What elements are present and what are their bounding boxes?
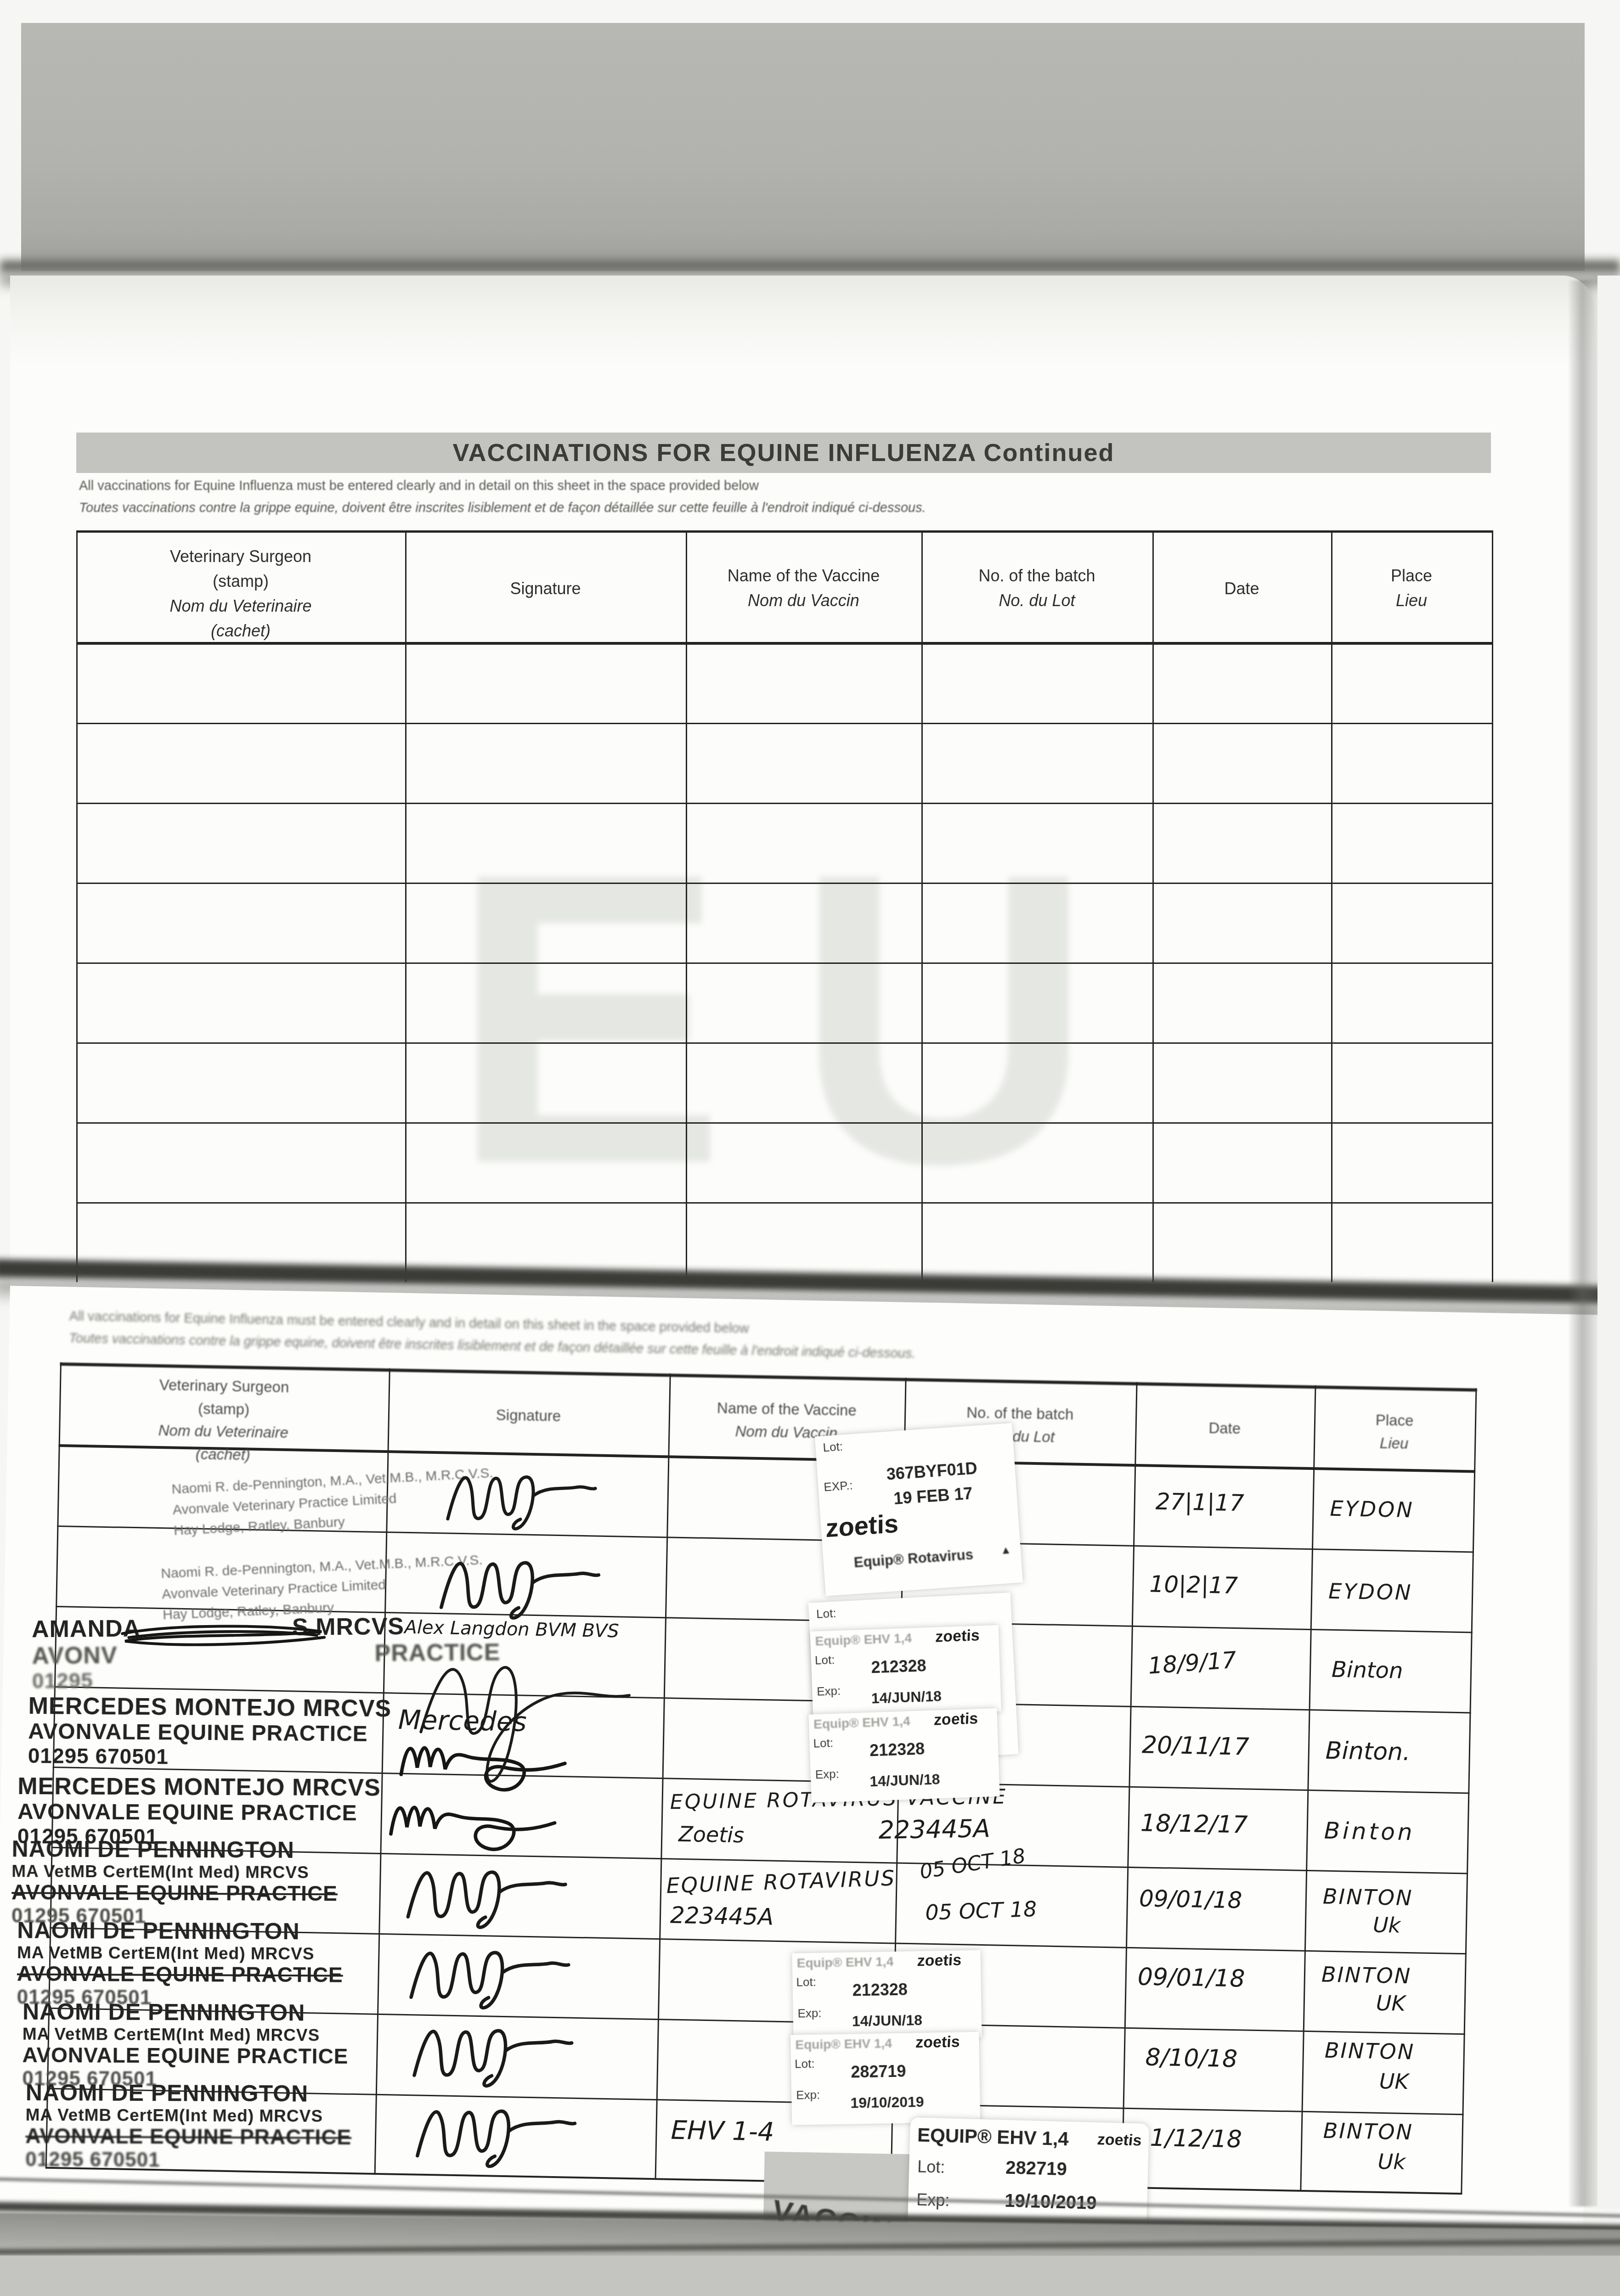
vaccination-table-empty: Veterinary Surgeon(stamp) Nom du Veterin… (76, 530, 1493, 1282)
signature-name: Alex Langdon BVM BVS (404, 1617, 619, 1642)
signature-scrawl (402, 1938, 578, 2015)
note-french: Toutes vaccinations contre la grippe equ… (79, 501, 926, 516)
vaccine-entry-brand: Zoetis (678, 1822, 745, 1848)
header-date: Date (1135, 1415, 1314, 1441)
header-vaccine: Name of the VaccineNom du Vaccin (686, 563, 921, 613)
vet-stamp: NAOMI DE PENNINGTON MA VetMB CertEM(Int … (25, 2080, 352, 2172)
header-vet-surgeon: Veterinary Surgeon(stamp) Nom du Veterin… (58, 1372, 389, 1469)
date-entry: 21/12/18 (1135, 2124, 1242, 2153)
vaccination-table-filled: Veterinary Surgeon(stamp) Nom du Veterin… (45, 1362, 1477, 2194)
date-entry: 09/01/18 (1137, 1963, 1245, 1992)
batch-entry: 223445A (878, 1814, 990, 1845)
place-entry-line2: UK (1376, 1991, 1406, 2016)
vaccine-batch-entry: 223445A (670, 1902, 774, 1930)
header-batch: No. of the batchNo. du Lot (921, 563, 1152, 613)
place-entry: Binton (1324, 1818, 1415, 1846)
header-place: PlaceLieu (1314, 1407, 1475, 1456)
vaccine-entry: EHV 1-4 (671, 2116, 774, 2147)
header-signature: Signature (405, 576, 686, 601)
place-entry: BINTON (1323, 2118, 1413, 2145)
vaccine-sticker-equip-ehv: Equip® EHV 1,4 zoetis Lot: 282719 Exp: 1… (790, 2032, 980, 2125)
vaccine-sticker-equip-ehv: Equip® EHV 1,4 zoetis Lot: 212328 Exp: 1… (810, 1625, 1001, 1718)
strikeout-scribble (119, 1618, 326, 1654)
page-fold-edge (0, 260, 1620, 274)
place-entry: BINTON (1323, 1884, 1413, 1911)
place-entry: Binton. (1325, 1737, 1411, 1766)
signature-scrawl (408, 2097, 584, 2173)
date-entry: 18/12/17 (1140, 1809, 1248, 1839)
place-entry: Binton (1332, 1657, 1403, 1684)
vaccine-entry: EQUINE ROTAVIRUS (666, 1865, 896, 1898)
place-entry: BINTON (1321, 1962, 1412, 1989)
page-title: VACCINATIONS FOR EQUINE INFLUENZA Contin… (453, 439, 1115, 467)
vet-stamp: NAOMI DE PENNINGTON MA VetMB CertEM(Int … (22, 1999, 349, 2091)
header-date: Date (1152, 576, 1331, 601)
header-place: PlaceLieu (1331, 563, 1492, 613)
scanned-vaccination-record: { "sheet1": { "title": "VACCINATIONS FOR… (0, 0, 1620, 2296)
vaccine-sticker-equip-ehv: Equip® EHV 1,4 zoetis Lot: 212328 Exp: 1… (792, 1950, 982, 2041)
date-entry: 27|1|17 (1155, 1488, 1244, 1517)
vet-stamp: NAOMI DE PENNINGTON MA VetMB CertEM(Int … (17, 1917, 344, 2009)
header-vet-surgeon: Veterinary Surgeon(stamp) Nom du Veterin… (76, 544, 405, 643)
signature-scrawl (386, 1782, 562, 1863)
top-sheet-shading (10, 276, 1594, 367)
batch-expiry-entry: 05 OCT 18 (918, 1844, 1027, 1884)
place-entry: EYDON (1330, 1496, 1414, 1522)
signature-scrawl (399, 1858, 575, 1935)
vaccine-sticker-rotavirus: Lot: EXP.: 367BYF01D 19 FEB 17 zoetis Eq… (815, 1423, 1023, 1596)
vaccine-sticker-equip-ehv: Equip® EHV 1,4 zoetis Lot: 212328 Exp: 1… (808, 1708, 999, 1803)
note-french-blurred: Toutes vaccinations contre la grippe equ… (69, 1331, 916, 1362)
date-entry: 10|2|17 (1149, 1571, 1238, 1599)
scanner-margin-right (1597, 276, 1620, 2209)
date-entry: 18/9/17 (1147, 1647, 1237, 1679)
place-entry: EYDON (1328, 1579, 1413, 1605)
signature-scrawl (438, 1463, 605, 1536)
date-entry: 20/11/17 (1142, 1731, 1250, 1761)
lower-sheet: All vaccinations for Equine Influenza mu… (0, 1286, 1600, 2238)
signature-scrawl (405, 2016, 581, 2093)
place-entry-line2: Uk (1377, 2149, 1406, 2174)
place-entry: BINTON (1324, 2038, 1415, 2065)
place-entry-line2: UK (1379, 2069, 1409, 2094)
vet-stamp: NAOMI DE PENNINGTON MA VetMB CertEM(Int … (11, 1836, 338, 1928)
date-entry: 8/10/18 (1145, 2044, 1238, 2073)
scanner-background (21, 23, 1585, 271)
page-title-bar: VACCINATIONS FOR EQUINE INFLUENZA Contin… (76, 433, 1491, 473)
date-entry: 09/01/18 (1139, 1885, 1242, 1913)
sticker-arrow-icon: ▲ (1000, 1544, 1012, 1558)
place-entry-line2: Uk (1373, 1913, 1401, 1938)
note-english: All vaccinations for Equine Influenza mu… (79, 478, 759, 494)
header-signature: Signature (388, 1401, 669, 1429)
batch-expiry-entry: 05 OCT 18 (925, 1896, 1037, 1925)
vet-stamp: MERCEDES MONTEJO MRCVS AVONVALE EQUINE P… (28, 1693, 392, 1771)
